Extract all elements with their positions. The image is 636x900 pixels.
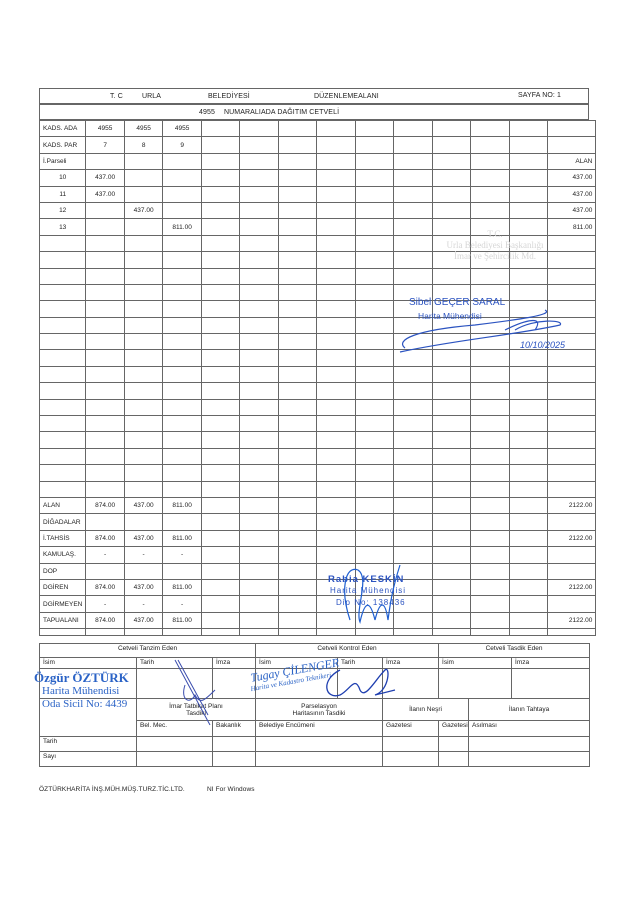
municipal-committee-label: Belediye Encümeni (256, 721, 383, 737)
cell (394, 497, 433, 513)
footer-company: ÖZTÜRKHARİTA İNŞ.MÜH.MÜŞ.TURZ.TİC.LTD. (39, 786, 185, 793)
cell (201, 137, 240, 153)
row-label (40, 481, 86, 497)
cell (394, 268, 433, 284)
cell (124, 252, 163, 268)
cell (240, 202, 279, 218)
cell: 811.00 (163, 612, 202, 628)
alan-cell (548, 629, 596, 636)
cell (471, 596, 510, 612)
cell (317, 268, 356, 284)
i-parseli-row: İ.ParseliALAN (40, 153, 596, 169)
cell (201, 317, 240, 333)
cell (471, 416, 510, 432)
cell (163, 399, 202, 415)
ozgur-stamp-title: Harita Mühendisi (42, 685, 119, 697)
cell (509, 416, 548, 432)
sibel-signature-icon (395, 300, 575, 360)
cell (509, 383, 548, 399)
cell (240, 137, 279, 153)
cell (86, 399, 125, 415)
cell (124, 350, 163, 366)
cell (201, 121, 240, 137)
cell (432, 137, 471, 153)
cell (394, 366, 433, 382)
cell (124, 284, 163, 300)
cell (240, 465, 279, 481)
cell (124, 563, 163, 579)
cell (278, 547, 317, 563)
cell (124, 465, 163, 481)
cell (278, 579, 317, 595)
cell (163, 416, 202, 432)
cell (163, 153, 202, 169)
cell (240, 317, 279, 333)
cell (317, 121, 356, 137)
cell (201, 383, 240, 399)
cell (201, 268, 240, 284)
cell (432, 153, 471, 169)
cell (278, 202, 317, 218)
summary-row: KAMULAŞ.--- (40, 547, 596, 563)
cell (355, 416, 394, 432)
alan-cell (548, 399, 596, 415)
cell (201, 497, 240, 513)
cell (86, 514, 125, 530)
cell (240, 448, 279, 464)
cell (240, 399, 279, 415)
cell (471, 629, 510, 636)
parcel-row: 10437.00437.00 (40, 170, 596, 186)
alan-cell: 2122.00 (548, 497, 596, 513)
cell (278, 137, 317, 153)
summary-row: İ.TAHSİS874.00437.00811.002122.00 (40, 530, 596, 546)
cell (355, 481, 394, 497)
cell (471, 383, 510, 399)
parcel-row: 11437.00437.00 (40, 186, 596, 202)
row-label (40, 416, 86, 432)
cell (394, 383, 433, 399)
cell (394, 121, 433, 137)
cell (355, 284, 394, 300)
cell: - (86, 547, 125, 563)
alan-cell (548, 432, 596, 448)
approved-name-label: İsim (439, 658, 512, 669)
empty-row (40, 448, 596, 464)
cell (317, 235, 356, 251)
cell (432, 497, 471, 513)
cell (509, 284, 548, 300)
empty-row (40, 268, 596, 284)
cell: - (163, 596, 202, 612)
gazette-label-2: Gazetesi (439, 721, 469, 737)
cell (86, 465, 125, 481)
cell (432, 530, 471, 546)
cell (86, 432, 125, 448)
row-label: 10 (40, 170, 86, 186)
cell (124, 416, 163, 432)
cell (471, 514, 510, 530)
cell (240, 547, 279, 563)
cell (471, 579, 510, 595)
row-label (40, 629, 86, 636)
cell (240, 596, 279, 612)
cell (201, 530, 240, 546)
row-label (40, 334, 86, 350)
cell (201, 514, 240, 530)
cell (317, 399, 356, 415)
cell (124, 317, 163, 333)
cell (509, 121, 548, 137)
cell (355, 153, 394, 169)
cell (240, 514, 279, 530)
cell (201, 416, 240, 432)
row-label: DOP (40, 563, 86, 579)
cell: 874.00 (86, 612, 125, 628)
summary-row: ALAN874.00437.00811.002122.00 (40, 497, 596, 513)
cell (201, 579, 240, 595)
cell (394, 514, 433, 530)
cell (201, 170, 240, 186)
alan-cell (548, 121, 596, 137)
cell (201, 301, 240, 317)
approved-name-cell (439, 669, 512, 699)
cell (355, 465, 394, 481)
cell (278, 530, 317, 546)
cell: 437.00 (86, 186, 125, 202)
cell (394, 186, 433, 202)
cell (432, 596, 471, 612)
cell (432, 448, 471, 464)
cell: 811.00 (163, 497, 202, 513)
row-label (40, 432, 86, 448)
cell (240, 284, 279, 300)
cell (86, 252, 125, 268)
cell (355, 170, 394, 186)
cell (163, 514, 202, 530)
cell (240, 612, 279, 628)
cell (509, 186, 548, 202)
cell (432, 121, 471, 137)
cell (394, 530, 433, 546)
cell (240, 383, 279, 399)
cell (163, 284, 202, 300)
cell: 437.00 (124, 497, 163, 513)
cell (201, 235, 240, 251)
cell (355, 448, 394, 464)
empty-row (40, 481, 596, 497)
cell (471, 137, 510, 153)
cell: 9 (163, 137, 202, 153)
cell (124, 629, 163, 636)
alan-cell (548, 563, 596, 579)
cell (432, 416, 471, 432)
cell (86, 219, 125, 235)
row-label: İ.Parseli (40, 153, 86, 169)
alan-cell: 2122.00 (548, 612, 596, 628)
checked-by-header: Cetveli Kontrol Eden (256, 644, 439, 658)
alan-cell: 437.00 (548, 170, 596, 186)
cell (240, 579, 279, 595)
cell (317, 448, 356, 464)
cell (278, 383, 317, 399)
cell (317, 465, 356, 481)
cell (432, 514, 471, 530)
cell (163, 301, 202, 317)
table-title: NUMARALIADA DAĞITIM CETVELİ (224, 109, 339, 116)
approved-signature-cell (512, 669, 590, 699)
cell (240, 497, 279, 513)
kads-ada-row: KADS. ADA495549554955 (40, 121, 596, 137)
cell (201, 629, 240, 636)
cell: 437.00 (124, 530, 163, 546)
cell (240, 432, 279, 448)
cell: 437.00 (124, 612, 163, 628)
cell: - (86, 596, 125, 612)
cell (471, 465, 510, 481)
alan-cell (548, 268, 596, 284)
row-label (40, 448, 86, 464)
cell (201, 563, 240, 579)
cell (471, 547, 510, 563)
cell (278, 219, 317, 235)
cell (509, 137, 548, 153)
cell (163, 317, 202, 333)
row-label: DGİRMEYEN (40, 596, 86, 612)
cell: 8 (124, 137, 163, 153)
alan-cell (548, 416, 596, 432)
summary-row: DİĞADALAR (40, 514, 596, 530)
cell (240, 235, 279, 251)
empty-row (40, 284, 596, 300)
cell (240, 301, 279, 317)
cell (471, 186, 510, 202)
cell (509, 579, 548, 595)
empty-row (40, 399, 596, 415)
block-number: 4955 (199, 109, 215, 116)
cell (394, 137, 433, 153)
cell (509, 202, 548, 218)
cell (471, 170, 510, 186)
cell (201, 432, 240, 448)
cell (432, 383, 471, 399)
cell (509, 366, 548, 382)
summary-row: DOP (40, 563, 596, 579)
cell (317, 530, 356, 546)
faint-stamp: T.C. Urla Belediyesi Başkanlığı İmar ve … (420, 229, 570, 262)
cell (278, 301, 317, 317)
cell (163, 481, 202, 497)
cell (124, 514, 163, 530)
cell (432, 268, 471, 284)
cell (355, 137, 394, 153)
cell (201, 596, 240, 612)
cell (471, 366, 510, 382)
cell (124, 366, 163, 382)
cell (86, 202, 125, 218)
cell (432, 465, 471, 481)
row-label: KADS. PAR (40, 137, 86, 153)
area-type-label: DÜZENLEMEALANI (314, 93, 379, 100)
cell (432, 481, 471, 497)
cell (317, 153, 356, 169)
cell (201, 465, 240, 481)
alan-cell (548, 137, 596, 153)
cell (355, 202, 394, 218)
cell (86, 301, 125, 317)
cell (201, 186, 240, 202)
cell (124, 301, 163, 317)
cell (124, 235, 163, 251)
empty-row (40, 366, 596, 382)
cell (124, 186, 163, 202)
cell (86, 481, 125, 497)
cell (163, 202, 202, 218)
cell (471, 530, 510, 546)
cell (432, 202, 471, 218)
cell (86, 383, 125, 399)
cell (471, 612, 510, 628)
cell: 874.00 (86, 579, 125, 595)
cell: 4955 (86, 121, 125, 137)
parcel-row: 12437.00437.00 (40, 202, 596, 218)
cell (355, 235, 394, 251)
cell: 874.00 (86, 497, 125, 513)
cell (432, 366, 471, 382)
cell (317, 301, 356, 317)
cell (86, 448, 125, 464)
cell (240, 186, 279, 202)
alan-cell: ALAN (548, 153, 596, 169)
cell (240, 252, 279, 268)
cell: 437.00 (124, 202, 163, 218)
cell (201, 481, 240, 497)
cell (240, 563, 279, 579)
cell (432, 170, 471, 186)
cell (278, 612, 317, 628)
cell (317, 481, 356, 497)
cell (394, 170, 433, 186)
row-label (40, 235, 86, 251)
cell (317, 514, 356, 530)
cell (240, 334, 279, 350)
cell (163, 186, 202, 202)
cell (509, 497, 548, 513)
cell (278, 432, 317, 448)
cell (509, 432, 548, 448)
cell (124, 481, 163, 497)
cell (317, 334, 356, 350)
cell (317, 186, 356, 202)
cell (355, 497, 394, 513)
cell: 874.00 (86, 530, 125, 546)
cell (317, 284, 356, 300)
page-number: SAYFA NO: 1 (518, 92, 561, 99)
cell (86, 416, 125, 432)
cell (163, 448, 202, 464)
cell (509, 465, 548, 481)
row-label (40, 317, 86, 333)
cell (394, 432, 433, 448)
alan-cell (548, 547, 596, 563)
empty-row (40, 465, 596, 481)
cell (394, 399, 433, 415)
rabia-signature-icon (330, 560, 410, 630)
cell (278, 334, 317, 350)
cell (317, 497, 356, 513)
cell (278, 514, 317, 530)
kads-par-row: KADS. PAR789 (40, 137, 596, 153)
row-label: ALAN (40, 497, 86, 513)
cell (163, 235, 202, 251)
cell (240, 629, 279, 636)
cell (278, 153, 317, 169)
cell (124, 334, 163, 350)
cell (509, 530, 548, 546)
cell (163, 366, 202, 382)
row-label: KAMULAŞ. (40, 547, 86, 563)
cell (278, 235, 317, 251)
cell (317, 252, 356, 268)
cell (355, 530, 394, 546)
cell (86, 334, 125, 350)
cell: 811.00 (163, 530, 202, 546)
cell (240, 121, 279, 137)
cell: - (163, 547, 202, 563)
cell (509, 170, 548, 186)
cell (278, 252, 317, 268)
row-label (40, 301, 86, 317)
cell (86, 317, 125, 333)
cell (163, 334, 202, 350)
row-label (40, 465, 86, 481)
cell (240, 268, 279, 284)
announcement-board-header: İlanın Tahtaya (469, 699, 590, 721)
row-label (40, 268, 86, 284)
row-label: TAPUALANI (40, 612, 86, 628)
cell (86, 366, 125, 382)
alan-cell: 437.00 (548, 186, 596, 202)
cell (278, 596, 317, 612)
cell (509, 629, 548, 636)
cell (355, 301, 394, 317)
cell (471, 448, 510, 464)
cell: 4955 (124, 121, 163, 137)
cell (124, 383, 163, 399)
cell (240, 170, 279, 186)
empty-row (40, 629, 596, 636)
summary-row: TAPUALANI874.00437.00811.002122.00 (40, 612, 596, 628)
cell (163, 465, 202, 481)
cell (240, 350, 279, 366)
cell (201, 366, 240, 382)
summary-row: DGİREN874.00437.00811.002122.00 (40, 579, 596, 595)
cell (278, 284, 317, 300)
cell (278, 465, 317, 481)
cell (278, 563, 317, 579)
cell (432, 547, 471, 563)
cell: 437.00 (86, 170, 125, 186)
cell: 7 (86, 137, 125, 153)
cell (317, 170, 356, 186)
cell (355, 350, 394, 366)
cell (471, 497, 510, 513)
cell (432, 563, 471, 579)
prepared-name-label: İsim (40, 658, 137, 669)
row-label: 13 (40, 219, 86, 235)
cell (124, 432, 163, 448)
row-label: DİĞADALAR (40, 514, 86, 530)
